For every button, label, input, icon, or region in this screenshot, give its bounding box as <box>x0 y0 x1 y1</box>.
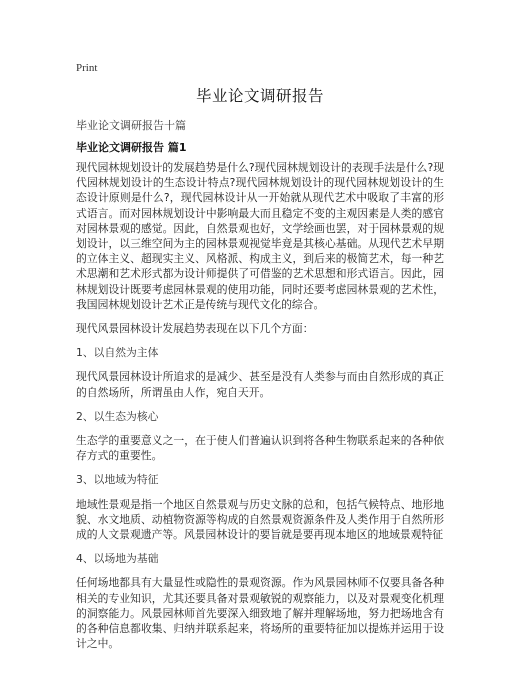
document-subtitle: 毕业论文调研报告十篇 <box>76 117 186 133</box>
item-text-ecology: 生态学的重要意义之一，在于使人们普遍认识到将各种生物联系起来的各种依存方式的重要… <box>76 433 444 463</box>
item-heading-nature: 1、以自然为主体 <box>76 345 444 360</box>
page-title: 毕业论文调研报告 <box>76 84 444 106</box>
item-text-site: 任何场地都具有大量显性或隐性的景观资源。作为风景园林师不仅要具备各种相关的专业知… <box>76 575 444 651</box>
section-heading: 毕业论文调研报告 篇1 <box>76 139 186 155</box>
item-heading-site: 4、以场地为基础 <box>76 551 444 566</box>
intro-paragraph: 现代园林规划设计的发展趋势是什么?现代园林规划设计的表现手法是什么?现代园林规划… <box>76 160 444 312</box>
trends-intro-paragraph: 现代风景园林设计发展趋势表现在以下几个方面： <box>76 321 444 336</box>
item-text-nature: 现代风景园林设计所追求的是减少、甚至是没有人类参与而由自然形成的真正的自然场所，… <box>76 369 444 399</box>
item-heading-ecology: 2、以生态为核心 <box>76 409 444 424</box>
item-heading-region: 3、以地域为特征 <box>76 472 444 487</box>
document-body: 现代园林规划设计的发展趋势是什么?现代园林规划设计的表现手法是什么?现代园林规划… <box>76 160 444 660</box>
print-link[interactable]: Print <box>76 62 97 74</box>
item-text-region: 地域性景观是指一个地区自然景观与历史文脉的总和，包括气候特点、地形地貌、水文地质… <box>76 497 444 543</box>
